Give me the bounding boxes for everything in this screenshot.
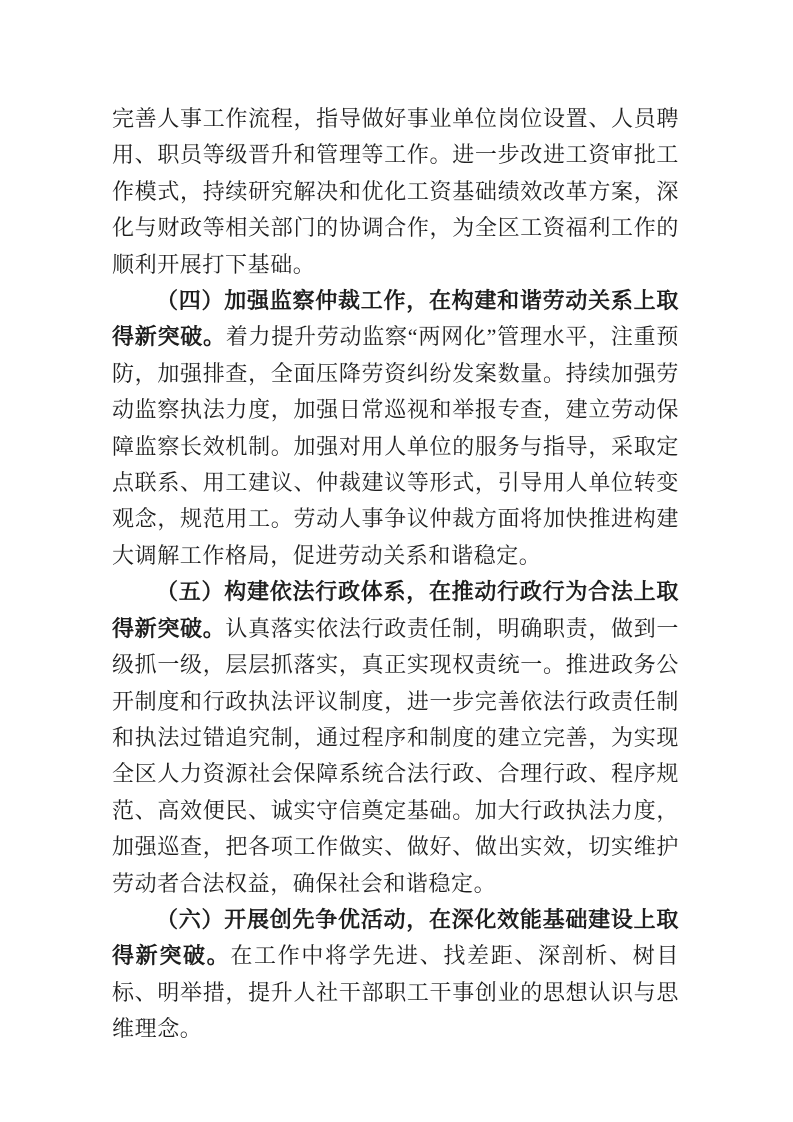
- paragraph-text: 着力提升劳动监察“两网化”管理水平，注重预防，加强排查，全面压降劳资纠纷发案数量…: [112, 324, 679, 567]
- paragraph-text: 完善人事工作流程，指导做好事业单位岗位设置、人员聘用、职员等级晋升和管理等工作。…: [112, 106, 679, 277]
- paragraph-section-6: （六）开展创先争优活动，在深化效能基础建设上取得新突破。在工作中将学先进、找差距…: [112, 902, 679, 1048]
- document-body: 完善人事工作流程，指导做好事业单位岗位设置、人员聘用、职员等级晋升和管理等工作。…: [112, 101, 679, 1048]
- paragraph-text: 认真落实依法行政责任制，明确职责，做到一级抓一级，层层抓落实，真正实现权责统一。…: [112, 616, 679, 896]
- document-page: 完善人事工作流程，指导做好事业单位岗位设置、人员聘用、职员等级晋升和管理等工作。…: [0, 0, 793, 1122]
- paragraph-continuation: 完善人事工作流程，指导做好事业单位岗位设置、人员聘用、职员等级晋升和管理等工作。…: [112, 101, 679, 283]
- paragraph-section-5: （五）构建依法行政体系，在推动行政行为合法上取得新突破。认真落实依法行政责任制，…: [112, 574, 679, 902]
- paragraph-section-4: （四）加强监察仲裁工作，在构建和谐劳动关系上取得新突破。着力提升劳动监察“两网化…: [112, 283, 679, 574]
